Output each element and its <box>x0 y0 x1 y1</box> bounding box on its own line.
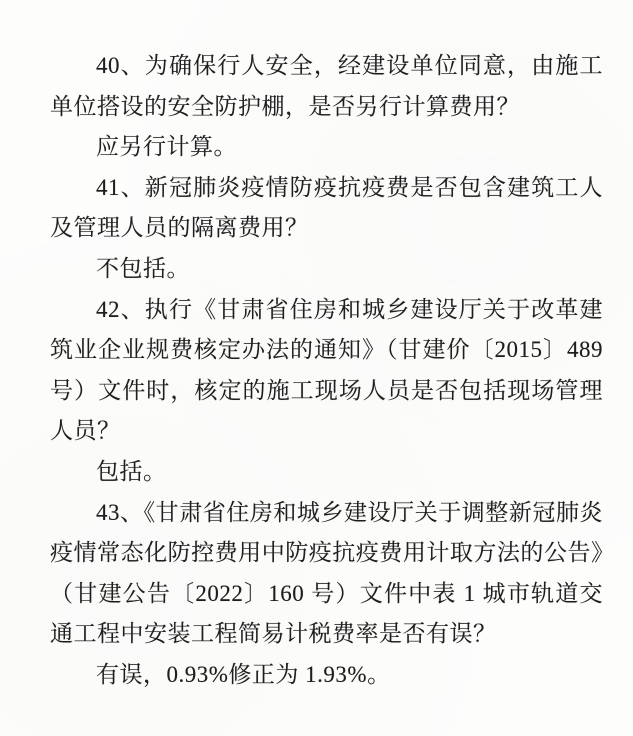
answer-40: 应另行计算。 <box>50 127 603 168</box>
answer-41: 不包括。 <box>50 249 603 290</box>
answer-43: 有误，0.93%修正为 1.93%。 <box>50 655 603 696</box>
qa-text-block: 40、为确保行人安全，经建设单位同意，由施工单位搭设的安全防护棚，是否另行计算费… <box>0 0 633 696</box>
question-41: 41、新冠肺炎疫情防疫抗疫费是否包含建筑工人及管理人员的隔离费用？ <box>50 168 603 249</box>
question-43: 43、《甘肃省住房和城乡建设厅关于调整新冠肺炎疫情常态化防控费用中防疫抗疫费用计… <box>50 493 603 655</box>
question-42: 42、执行《甘肃省住房和城乡建设厅关于改革建筑业企业规费核定办法的通知》（甘建价… <box>50 290 603 452</box>
document-page: 40、为确保行人安全，经建设单位同意，由施工单位搭设的安全防护棚，是否另行计算费… <box>0 0 633 736</box>
question-40: 40、为确保行人安全，经建设单位同意，由施工单位搭设的安全防护棚，是否另行计算费… <box>50 46 603 127</box>
answer-42: 包括。 <box>50 452 603 493</box>
